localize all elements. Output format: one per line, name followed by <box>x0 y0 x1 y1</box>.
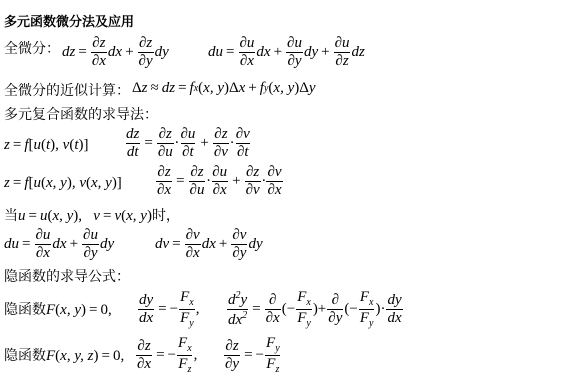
implicit-case1-deriv: dydx=−FxFy, <box>137 290 199 329</box>
implicit-case1-func: 隐函数F(x, y)=0, <box>4 299 112 319</box>
composite-when-row: 当u=u(x, y), v=v(x, y)时， <box>4 205 180 225</box>
composite-case1-deriv: dzdt=∂z∂u·∂u∂t+∂z∂v·∂v∂t <box>124 127 252 160</box>
implicit-case2-func: 隐函数F(x, y, z)=0, <box>4 345 124 365</box>
composite-label: 多元复合函数的求导法： <box>4 104 158 124</box>
total-differential-label: 全微分： <box>4 41 60 57</box>
formula-dz: dz=∂z∂xdx+∂z∂ydy <box>62 36 169 69</box>
formula-dv-xy: dv=∂v∂xdx+∂v∂ydy <box>155 228 263 261</box>
implicit-case2-dzdy: ∂z∂y=−FyFz <box>223 336 282 375</box>
implicit-label: 隐函数的求导公式： <box>4 266 130 286</box>
composite-case1-func: z=f[u(t), v(t)] <box>4 137 89 154</box>
formula-du: du=∂u∂xdx+∂u∂ydy+∂u∂zdz <box>208 36 365 69</box>
approximation-formula: Δz≈dz=fx(x, y)Δx+fy(x, y)Δy <box>132 80 316 97</box>
implicit-second-deriv: d2ydx2=∂∂x(−FxFy)+∂∂y(−FxFy)·dydx <box>226 290 404 329</box>
page-title: 多元函数微分法及应用 <box>4 11 134 30</box>
approximation-label: 全微分的近似计算： <box>4 80 130 100</box>
formula-du-xy: du=∂u∂xdx+∂u∂ydy <box>4 228 114 261</box>
composite-case2-deriv: ∂z∂x=∂z∂u·∂u∂x+∂z∂v·∂v∂x <box>155 165 284 198</box>
implicit-case2-dzdx: ∂z∂x=−FxFz, <box>135 336 197 375</box>
composite-case2-func: z=f[u(x, y), v(x, y)] <box>4 175 122 192</box>
total-differential-row: 全微分： <box>4 38 60 58</box>
